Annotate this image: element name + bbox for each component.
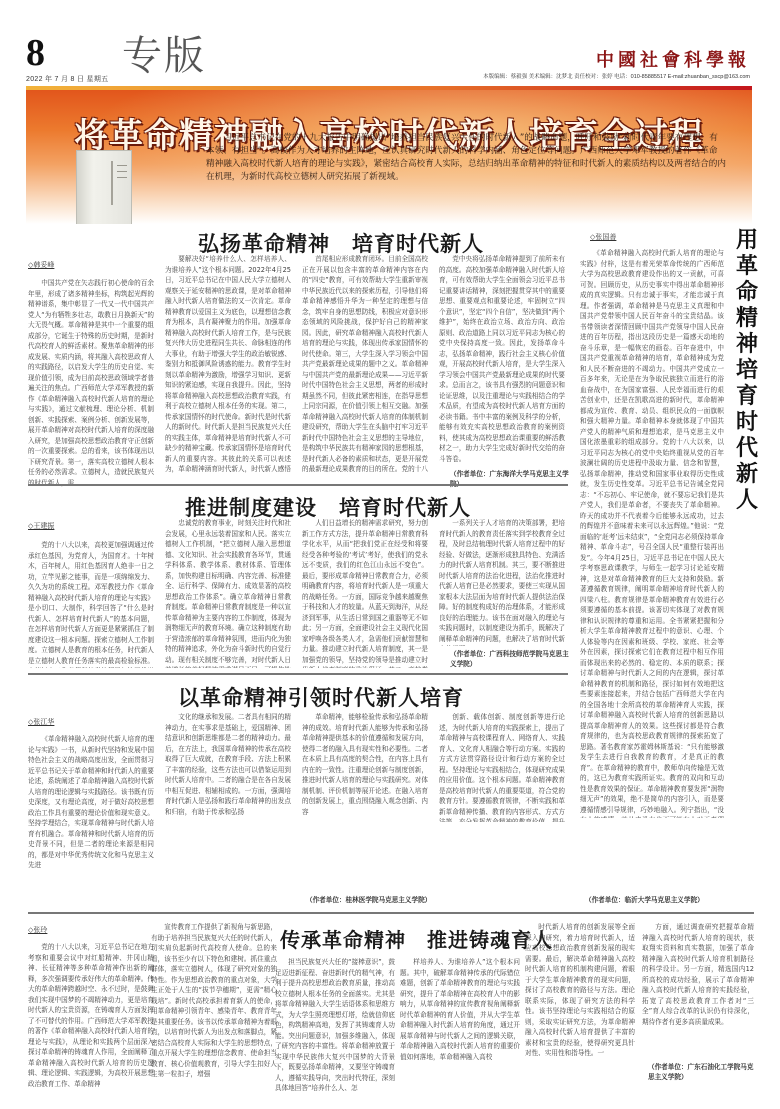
section-divider (28, 484, 568, 486)
article-column: 忠诚党的教育事业，时刻关注时代和社会发展，心里永远装着国家和人民。落实立德树人工… (165, 518, 291, 668)
article-column: 党的十八大以来，习近平总书记在地方考察和重要会议中对红船精神、井冈山精神、长征精… (28, 942, 154, 1108)
section-name: 专版 (122, 36, 206, 76)
book-title-line (117, 165, 127, 166)
article-column: 要解决好“培养什么人、怎样培养人、为谁培养人”这个根本问题。2022年4月25日… (165, 254, 291, 474)
article-byline: ◇王建振 (28, 521, 54, 531)
editor-credits: 本版编辑：蔡毅强 美术编辑：沈梦北 责任校对：张婷 电话：010-8588551… (483, 72, 750, 80)
book-spine (111, 161, 113, 205)
article-column: 首尾相应形成教育闭环。目前全国高校正在开展以包含丰富的革命精神内容在内的“四史”… (302, 254, 428, 474)
article-column: 担当民族复兴大任的“接棒意识”，鼓足迈进新征程、奋进新时代的精气神，有利于提升高… (275, 957, 395, 1107)
newspaper-logo: 中國社會科學報 (596, 46, 750, 72)
article-byline: ◇张玲 (28, 925, 47, 935)
article-column: 中国共产党在矢志践行初心使命的百余年里，形成了诸多精神坐标，构筑起光辉的精神谱系… (28, 278, 154, 578)
book-cover-image (76, 150, 132, 224)
vertical-headline: 用革命精神培育时代新人 (733, 228, 761, 514)
article-column: 宣传教育工作提供了新视角与新思路，有助于培养担当民族复兴大任的时代新人，切实肩负… (151, 922, 277, 1108)
article-byline: ◇韩妥峰 (28, 260, 54, 270)
article-column: 《革命精神融入高校时代新人培育的理论与实践》一书，从新时代坚持和发展中国特色社会… (28, 734, 154, 898)
feature-banner: 将革命精神融入高校时代新人培育全过程 习近平总书记在党的十九大报告中明确提出“培… (26, 90, 752, 224)
author-affiliation: （作者单位：广东石油化工学院马克思主义学院） (648, 1062, 758, 1082)
book-title-line (117, 177, 127, 178)
article-column: 文化的继承和发展。二者具有相同的精神动力，在实事求是基础上，爱国精神、团结意识和… (165, 712, 291, 898)
article-headline: 传承革命精神 推进铸魂育人 (280, 924, 553, 953)
article-column: 方面，通过调查研究把握革命精神融入高校时代新人培育的现状，获取翔实资料和真实数据… (642, 922, 754, 1057)
article-column: 时代新人培育的创新发展等全面深入的研究，着力培育时代新人，适应高校思想政治教育创… (525, 922, 635, 1108)
article-column: 党中央将弘扬革命精神提到了前所未有的高度。高校加强革命精神融入时代新人培育，可有… (439, 254, 565, 464)
feature-intro: 习近平总书记在党的十九大报告中明确提出“培养担当民族复兴大任的时代新人”的战略命… (206, 132, 726, 184)
author-affiliation: （作者单位：临沂大学马克思主义学院） (585, 894, 765, 904)
author-affiliation: （作者单位：广西科技师范学院马克思主义学院） (450, 648, 570, 668)
article-column: 样培养人、为谁培养人”这个根本问题。其中，破解革命精神传承的代际错位难题，创新了… (400, 957, 520, 1107)
issue-date: 2022 年 7 月 8 日 星期五 (26, 74, 108, 84)
article-column: 人们日益增长的精神需求研究，努力创新工作方式方法，提升革命精神日常教育科学化水平… (302, 518, 428, 668)
article-byline: ◇张江华 (28, 717, 54, 727)
section-divider (28, 673, 568, 675)
article-column: 革命精神，能够检验传承和弘扬革命精神的成效。培育时代新人能够为传承和弘扬革命精神… (302, 712, 428, 882)
article-column: 一系列关于人才培育的决策部署，把培育时代新人的教育责任落实到学校教育全过程，及时… (439, 518, 565, 646)
author-affiliation: （作者单位：桂林医学院马克思主义学院） (306, 894, 506, 904)
article-headline: 以革命精神引领时代新人培育 (178, 682, 464, 712)
masthead: 8 2022 年 7 月 8 日 星期五 专版 中國社會科學報 本版编辑：蔡毅强… (0, 0, 780, 88)
page-number: 8 (26, 34, 45, 72)
article-column: 《革命精神融入高校时代新人培育的理论与实践》付梓，这是有着光荣革命传统的广西师范… (580, 248, 724, 818)
article-column: 创新、载体创新、制度创新等进行论述，为时代新人培育的实践探索上，提出了革命精神与… (439, 712, 565, 822)
book-title-line (117, 171, 127, 172)
article-byline: ◇张国善 (590, 232, 616, 242)
section-divider (28, 912, 754, 914)
article-column: 党的十八大以来，高校更加强调通过传承红色基因，为党育人，为国育才。十年树木，百年… (28, 540, 154, 668)
